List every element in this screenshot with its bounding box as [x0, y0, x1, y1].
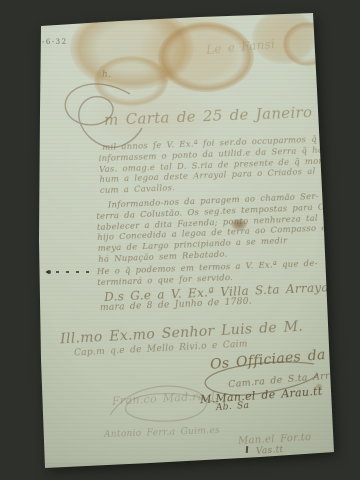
- opening-line: m Carta de 25 de Janeiro de Ce: [104, 101, 360, 129]
- officials-line: Os Officiaes da: [210, 347, 327, 373]
- paper-sheet: 3-6-32 Le e Fansi h. m Carta de 25 de Ja…: [0, 0, 360, 480]
- paper-surface: 3-6-32 Le e Fansi h. m Carta de 25 de Ja…: [0, 0, 360, 480]
- signature-rubric: Ab. Sa: [216, 401, 250, 413]
- margin-dot: [47, 270, 51, 274]
- margin-mark: h.: [102, 70, 111, 80]
- manuscript-photo: 3-6-32 Le e Fansi h. m Carta de 25 de Ja…: [0, 0, 360, 480]
- paragraph-2: Informando-nos da paragem ao chamão Ser-…: [96, 190, 338, 265]
- small-ink-tick: [246, 446, 248, 453]
- fox-spot: [330, 244, 337, 250]
- signature-faint: Antonio Ferr.a Guim.es: [104, 426, 220, 440]
- water-stain-blob: [252, 10, 316, 64]
- margin-dash-marks: [26, 271, 90, 273]
- water-stain-ring: [70, 6, 194, 90]
- corner-inscription: Le e Fansi: [206, 37, 276, 57]
- water-stain-arc: [94, 56, 168, 106]
- signature: Vas.tt: [256, 445, 284, 457]
- paragraph-1: mil annos ſe V. Ex.ª foi ser.do occuparm…: [98, 132, 360, 196]
- archival-number: 3-6-32: [36, 38, 68, 47]
- fox-spot: [320, 148, 326, 153]
- water-stain-ring: [283, 22, 331, 66]
